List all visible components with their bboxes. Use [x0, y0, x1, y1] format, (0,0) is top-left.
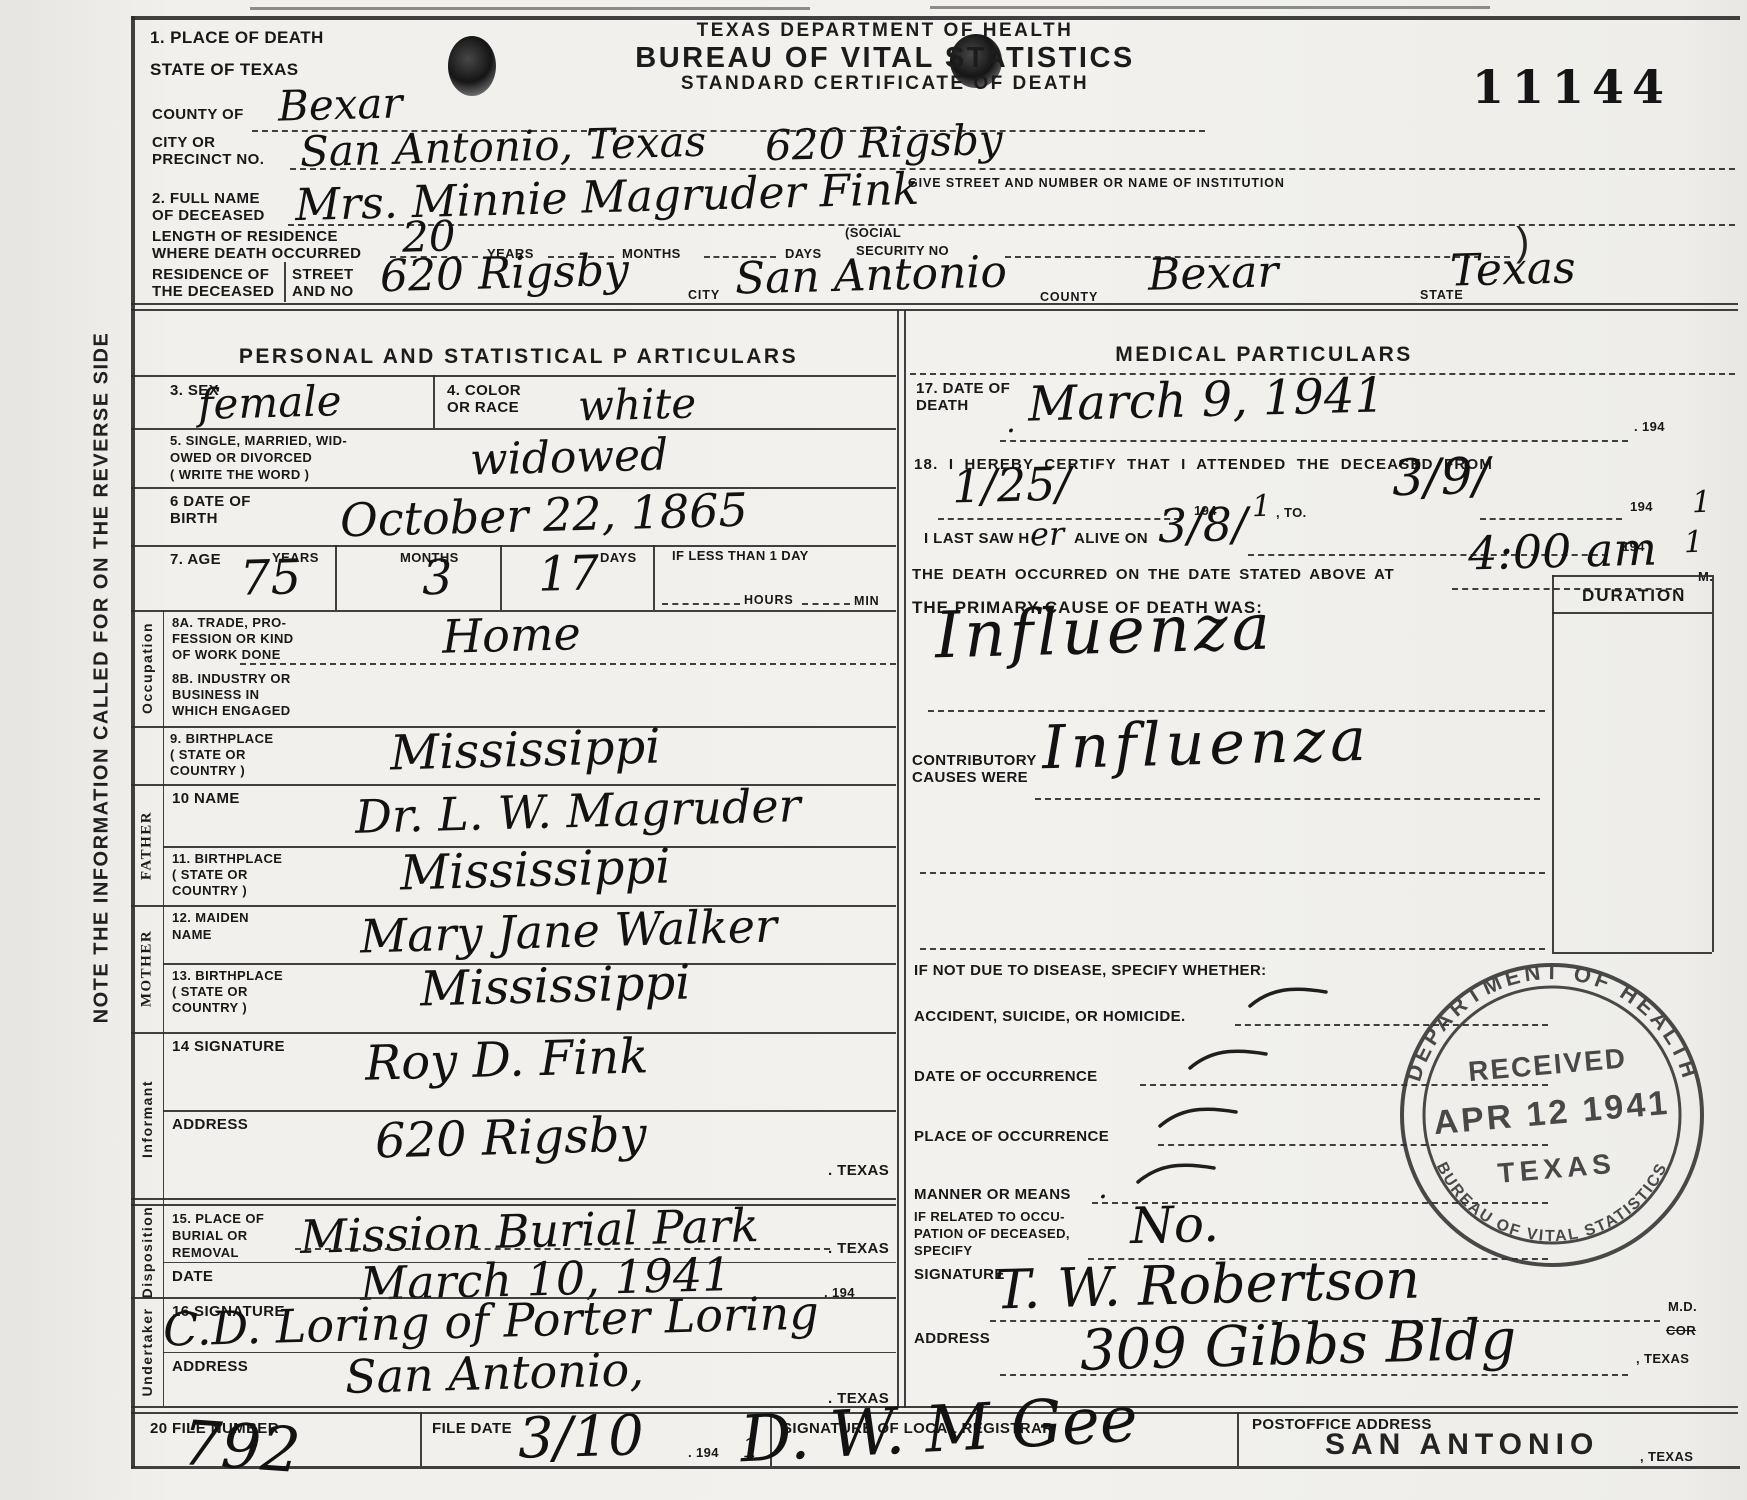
checkmark-icon	[1186, 1044, 1270, 1074]
street-value: 620 Rigsby	[764, 119, 1003, 167]
color-label2: OR RACE	[447, 399, 519, 416]
father-name-label: 10 NAME	[172, 790, 240, 807]
state-of-texas-label: STATE OF TEXAS	[150, 60, 299, 80]
form-left-border	[131, 16, 135, 1468]
burial-label: 15. PLACE OF	[172, 1212, 264, 1227]
texas-label: , TEXAS	[1640, 1450, 1693, 1465]
cell-divider	[433, 375, 435, 428]
lastsaw-label: I LAST SAW H	[924, 530, 1030, 547]
min-line	[802, 603, 850, 605]
county-label: COUNTY OF	[152, 106, 244, 123]
dept-title: TEXAS DEPARTMENT OF HEALTH	[565, 20, 1205, 43]
to-label: , TO.	[1276, 506, 1307, 521]
file-number-value: 792	[180, 1412, 302, 1482]
dob-value: October 22, 1865	[339, 487, 748, 544]
if-less-label: IF LESS THAN 1 DAY	[672, 549, 809, 564]
marital-value: widowed	[469, 433, 668, 482]
street-caption: GIVE STREET AND NUMBER OR NAME OF INSTIT…	[908, 176, 1285, 190]
cell-divider	[500, 545, 502, 610]
industry-label: 8B. INDUSTRY OR	[172, 672, 291, 687]
md-label: M.D.	[1668, 1300, 1697, 1315]
mother-bp-label2: ( STATE OR	[172, 985, 248, 1000]
stamp-state: TEXAS	[1496, 1148, 1617, 1189]
precinct-label: PRECINCT NO.	[152, 151, 264, 168]
checkmark-icon	[1246, 982, 1330, 1012]
row-line	[240, 663, 896, 665]
physician-address-label: ADDRESS	[914, 1330, 990, 1347]
texas-label: , TEXAS	[1636, 1352, 1689, 1367]
residence-of-label2: THE DECEASED	[152, 283, 274, 300]
marital-label2: OWED OR DIVORCED	[170, 451, 312, 466]
hours-line	[662, 603, 740, 605]
place-of-death-label: 1. PLACE OF DEATH	[150, 28, 324, 48]
lastsaw-er: er	[1030, 518, 1065, 551]
dod-line	[1000, 440, 1628, 442]
death-certificate-scan: NOTE THE INFORMATION CALLED FOR ON THE R…	[0, 0, 1747, 1500]
reverse-side-note: NOTE THE INFORMATION CALLED FOR ON THE R…	[91, 283, 114, 1073]
related-label3: SPECIFY	[914, 1244, 972, 1259]
trade-label2: FESSION OR KIND	[172, 632, 294, 647]
burial-label2: BURIAL OR	[172, 1229, 248, 1244]
lastsaw-date-value: 3/8/	[1157, 501, 1248, 549]
fill-line-through	[295, 1248, 830, 1250]
lastsaw-label2: ALIVE ON	[1074, 530, 1148, 547]
yr-script: 1	[1692, 488, 1712, 518]
occupation-side-label: Occupation	[139, 608, 155, 728]
undertaker-address-label: ADDRESS	[172, 1358, 248, 1375]
undertaker-side-label: Undertaker	[139, 1292, 155, 1412]
father-bp-value: Mississippi	[399, 842, 671, 897]
mother-bp-value: Mississippi	[419, 958, 691, 1013]
age-years-value: 75	[239, 553, 301, 603]
birthplace-label3: COUNTRY )	[170, 764, 245, 779]
mother-bp-label: 13. BIRTHPLACE	[172, 969, 283, 984]
burial-date-label: DATE	[172, 1268, 213, 1285]
death-time-value: 4:00 am	[1467, 526, 1657, 577]
manner-label: MANNER OR MEANS	[914, 1186, 1071, 1203]
personal-section-title: PERSONAL AND STATISTICAL P ARTICULARS	[141, 344, 896, 369]
yr194-label: . 194	[688, 1446, 719, 1461]
yr194-printed: 194	[1630, 500, 1653, 515]
cell-divider	[420, 1412, 422, 1466]
column-divider	[904, 310, 906, 1408]
county-value: Bexar	[277, 82, 403, 127]
residence-county-value: Bexar	[1147, 250, 1279, 297]
bureau-title: BUREAU OF VITAL STATISTICS	[565, 41, 1205, 76]
medical-section-title: MEDICAL PARTICULARS	[904, 342, 1624, 367]
blank-line	[920, 872, 1545, 874]
residence-divider	[284, 262, 286, 302]
street-no-label: STREET	[292, 266, 354, 283]
fullname-value: Mrs. Minnie Magruder Fink	[295, 168, 920, 228]
city-small-label: CITY	[688, 288, 720, 302]
birthplace-value: Mississippi	[389, 722, 661, 777]
maiden-name-value: Mary Jane Walker	[359, 903, 777, 960]
primary-cause-value: Influenza	[934, 596, 1274, 669]
postoffice-value: SAN ANTONIO	[1325, 1428, 1599, 1462]
contributory-label: CONTRIBUTORY	[912, 752, 1037, 769]
punch-hole	[448, 36, 496, 96]
informant-side-label: Informant	[139, 1059, 155, 1179]
yr194-label: . 194	[1634, 420, 1665, 435]
dod-value: March 9, 1941	[1027, 371, 1385, 428]
age-months-value: 3	[421, 554, 453, 603]
trade-label3: OF WORK DONE	[172, 648, 281, 663]
father-side-label: FATHER	[139, 786, 156, 906]
sex-value: female	[197, 380, 342, 426]
birthplace-label: 9. BIRTHPLACE	[170, 732, 273, 747]
dob-label2: BIRTH	[170, 510, 218, 527]
father-bp-label: 11. BIRTHPLACE	[172, 852, 282, 867]
age-days-label: DAYS	[600, 551, 637, 566]
age-days-value: 17	[537, 549, 599, 599]
father-bp-label3: COUNTRY )	[172, 884, 247, 899]
duration-label: DURATION	[1582, 586, 1686, 606]
cell-divider	[335, 545, 337, 610]
occurred-line: THE DEATH OCCURRED ON THE DATE STATED AB…	[912, 566, 1394, 583]
yr-script: 1	[1684, 528, 1704, 558]
age-label: 7. AGE	[170, 551, 221, 568]
residence-length-label: LENGTH OF RESIDENCE	[152, 228, 338, 245]
father-bp-label2: ( STATE OR	[172, 868, 248, 883]
father-name-value: Dr. L. W. Magruder	[354, 782, 801, 840]
row-line	[131, 545, 896, 547]
ifnot-label: IF NOT DUE TO DISEASE, SPECIFY WHETHER:	[914, 962, 1267, 979]
informant-sig-value: Roy D. Fink	[364, 1032, 649, 1087]
informant-address-value: 620 Rigsby	[374, 1110, 647, 1165]
burial-label3: REMOVAL	[172, 1246, 239, 1261]
city-value: San Antonio, Texas	[300, 121, 707, 174]
informant-sig-label: 14 SIGNATURE	[172, 1038, 285, 1055]
row-line	[131, 428, 896, 430]
yr-script: 1	[1252, 492, 1272, 522]
cor-label: COR	[1666, 1324, 1696, 1339]
checkmark-icon	[1134, 1158, 1218, 1188]
related-label: IF RELATED TO OCCU-	[914, 1210, 1065, 1225]
dob-label: 6 DATE OF	[170, 493, 251, 510]
trade-label: 8A. TRADE, PRO-	[172, 616, 286, 631]
duration-box-left	[1552, 575, 1554, 952]
marital-label: 5. SINGLE, MARRIED, WID-	[170, 434, 347, 449]
min-label: MIN	[854, 594, 880, 608]
certificate-number: 11144	[1472, 60, 1672, 114]
side-strip-line	[163, 610, 164, 1406]
maiden-label2: NAME	[172, 928, 212, 943]
scan-smudge	[930, 6, 1490, 9]
dod-dot: .	[1006, 408, 1016, 438]
dod-label2: DEATH	[916, 397, 969, 414]
physician-address-value: 309 Gibbs Bldg	[1079, 1312, 1517, 1379]
residence-state-value: Texas	[1449, 246, 1576, 293]
color-value: white	[577, 382, 696, 427]
received-stamp: DEPARTMENT OF HEALTH BUREAU OF VITAL STA…	[1392, 962, 1712, 1274]
cell-divider	[1237, 1412, 1239, 1466]
residence-of-label: RESIDENCE OF	[152, 266, 269, 283]
fullname-label2: OF DECEASED	[152, 207, 265, 224]
months-label: MONTHS	[622, 247, 681, 262]
marital-label3: ( WRITE THE WORD )	[170, 468, 309, 483]
duration-box-right	[1712, 575, 1714, 952]
duration-box-bottom	[1552, 952, 1712, 954]
hours-label: HOURS	[744, 593, 794, 607]
duration-box-top	[1552, 575, 1712, 577]
registrar-sig-value: D. W. M Gee	[739, 1388, 1140, 1473]
maiden-label: 12. MAIDEN	[172, 911, 249, 926]
city-label: CITY OR	[152, 134, 215, 151]
mother-side-label: MOTHER	[139, 909, 156, 1029]
file-date-label: FILE DATE	[432, 1420, 512, 1437]
manner-dot: .	[1098, 1174, 1108, 1204]
industry-label3: WHICH ENGAGED	[172, 704, 291, 719]
duration-header-line	[1552, 612, 1712, 614]
birthplace-label2: ( STATE OR	[170, 748, 246, 763]
contributory-line	[1035, 798, 1540, 800]
color-label: 4. COLOR	[447, 382, 521, 399]
physician-address-line	[1000, 1374, 1628, 1376]
contributory-value: Influenza	[1041, 710, 1371, 779]
texas-label: . TEXAS	[828, 1162, 889, 1179]
attended-from-value: 1/25/	[951, 460, 1071, 509]
undertaker-address-value: San Antonio,	[344, 1346, 644, 1400]
physician-sig-label: SIGNATURE	[914, 1266, 1005, 1283]
street-no-label2: AND NO	[292, 283, 354, 300]
dod-label: 17. DATE OF	[916, 380, 1010, 397]
residence-length-label2: WHERE DEATH OCCURRED	[152, 245, 361, 262]
industry-label2: BUSINESS IN	[172, 688, 259, 703]
attended-to-value: 3/9/	[1391, 451, 1490, 504]
certificate-title: STANDARD CERTIFICATE OF DEATH	[565, 73, 1205, 96]
contributory-label2: CAUSES WERE	[912, 769, 1028, 786]
stamp-received: RECEIVED	[1467, 1042, 1628, 1087]
ssn-label: (SOCIAL	[845, 226, 901, 241]
physician-sig-value: T. W. Robertson	[994, 1252, 1420, 1317]
texas-label: . TEXAS	[828, 1240, 889, 1257]
cell-divider	[653, 545, 655, 610]
top-section-divider	[131, 303, 1738, 311]
file-date-value: 3/10	[517, 1408, 644, 1467]
to-line	[1480, 518, 1622, 520]
checkmark-icon	[1156, 1102, 1240, 1132]
scan-smudge	[250, 7, 810, 10]
residence-city-value: San Antonio	[734, 250, 1007, 301]
row-line	[131, 375, 896, 377]
related-value: No.	[1129, 1199, 1219, 1251]
city-line	[290, 168, 1735, 170]
m-label: M.	[1698, 570, 1713, 585]
column-divider	[897, 310, 899, 1408]
accident-label: ACCIDENT, SUICIDE, OR HOMICIDE.	[914, 1008, 1186, 1025]
mother-bp-label3: COUNTRY )	[172, 1001, 247, 1016]
related-label2: PATION OF DECEASED,	[914, 1227, 1070, 1242]
place-occurrence-label: PLACE OF OCCURRENCE	[914, 1128, 1109, 1145]
fullname-label: 2. FULL NAME	[152, 190, 260, 207]
date-occurrence-label: DATE OF OCCURRENCE	[914, 1068, 1098, 1085]
stamp-date: APR 12 1941	[1432, 1084, 1672, 1143]
informant-address-label: ADDRESS	[172, 1116, 248, 1133]
residence-street-value: 620 Rigsby	[379, 249, 629, 300]
blank-line	[920, 948, 1545, 950]
trade-value: Home	[441, 610, 581, 660]
